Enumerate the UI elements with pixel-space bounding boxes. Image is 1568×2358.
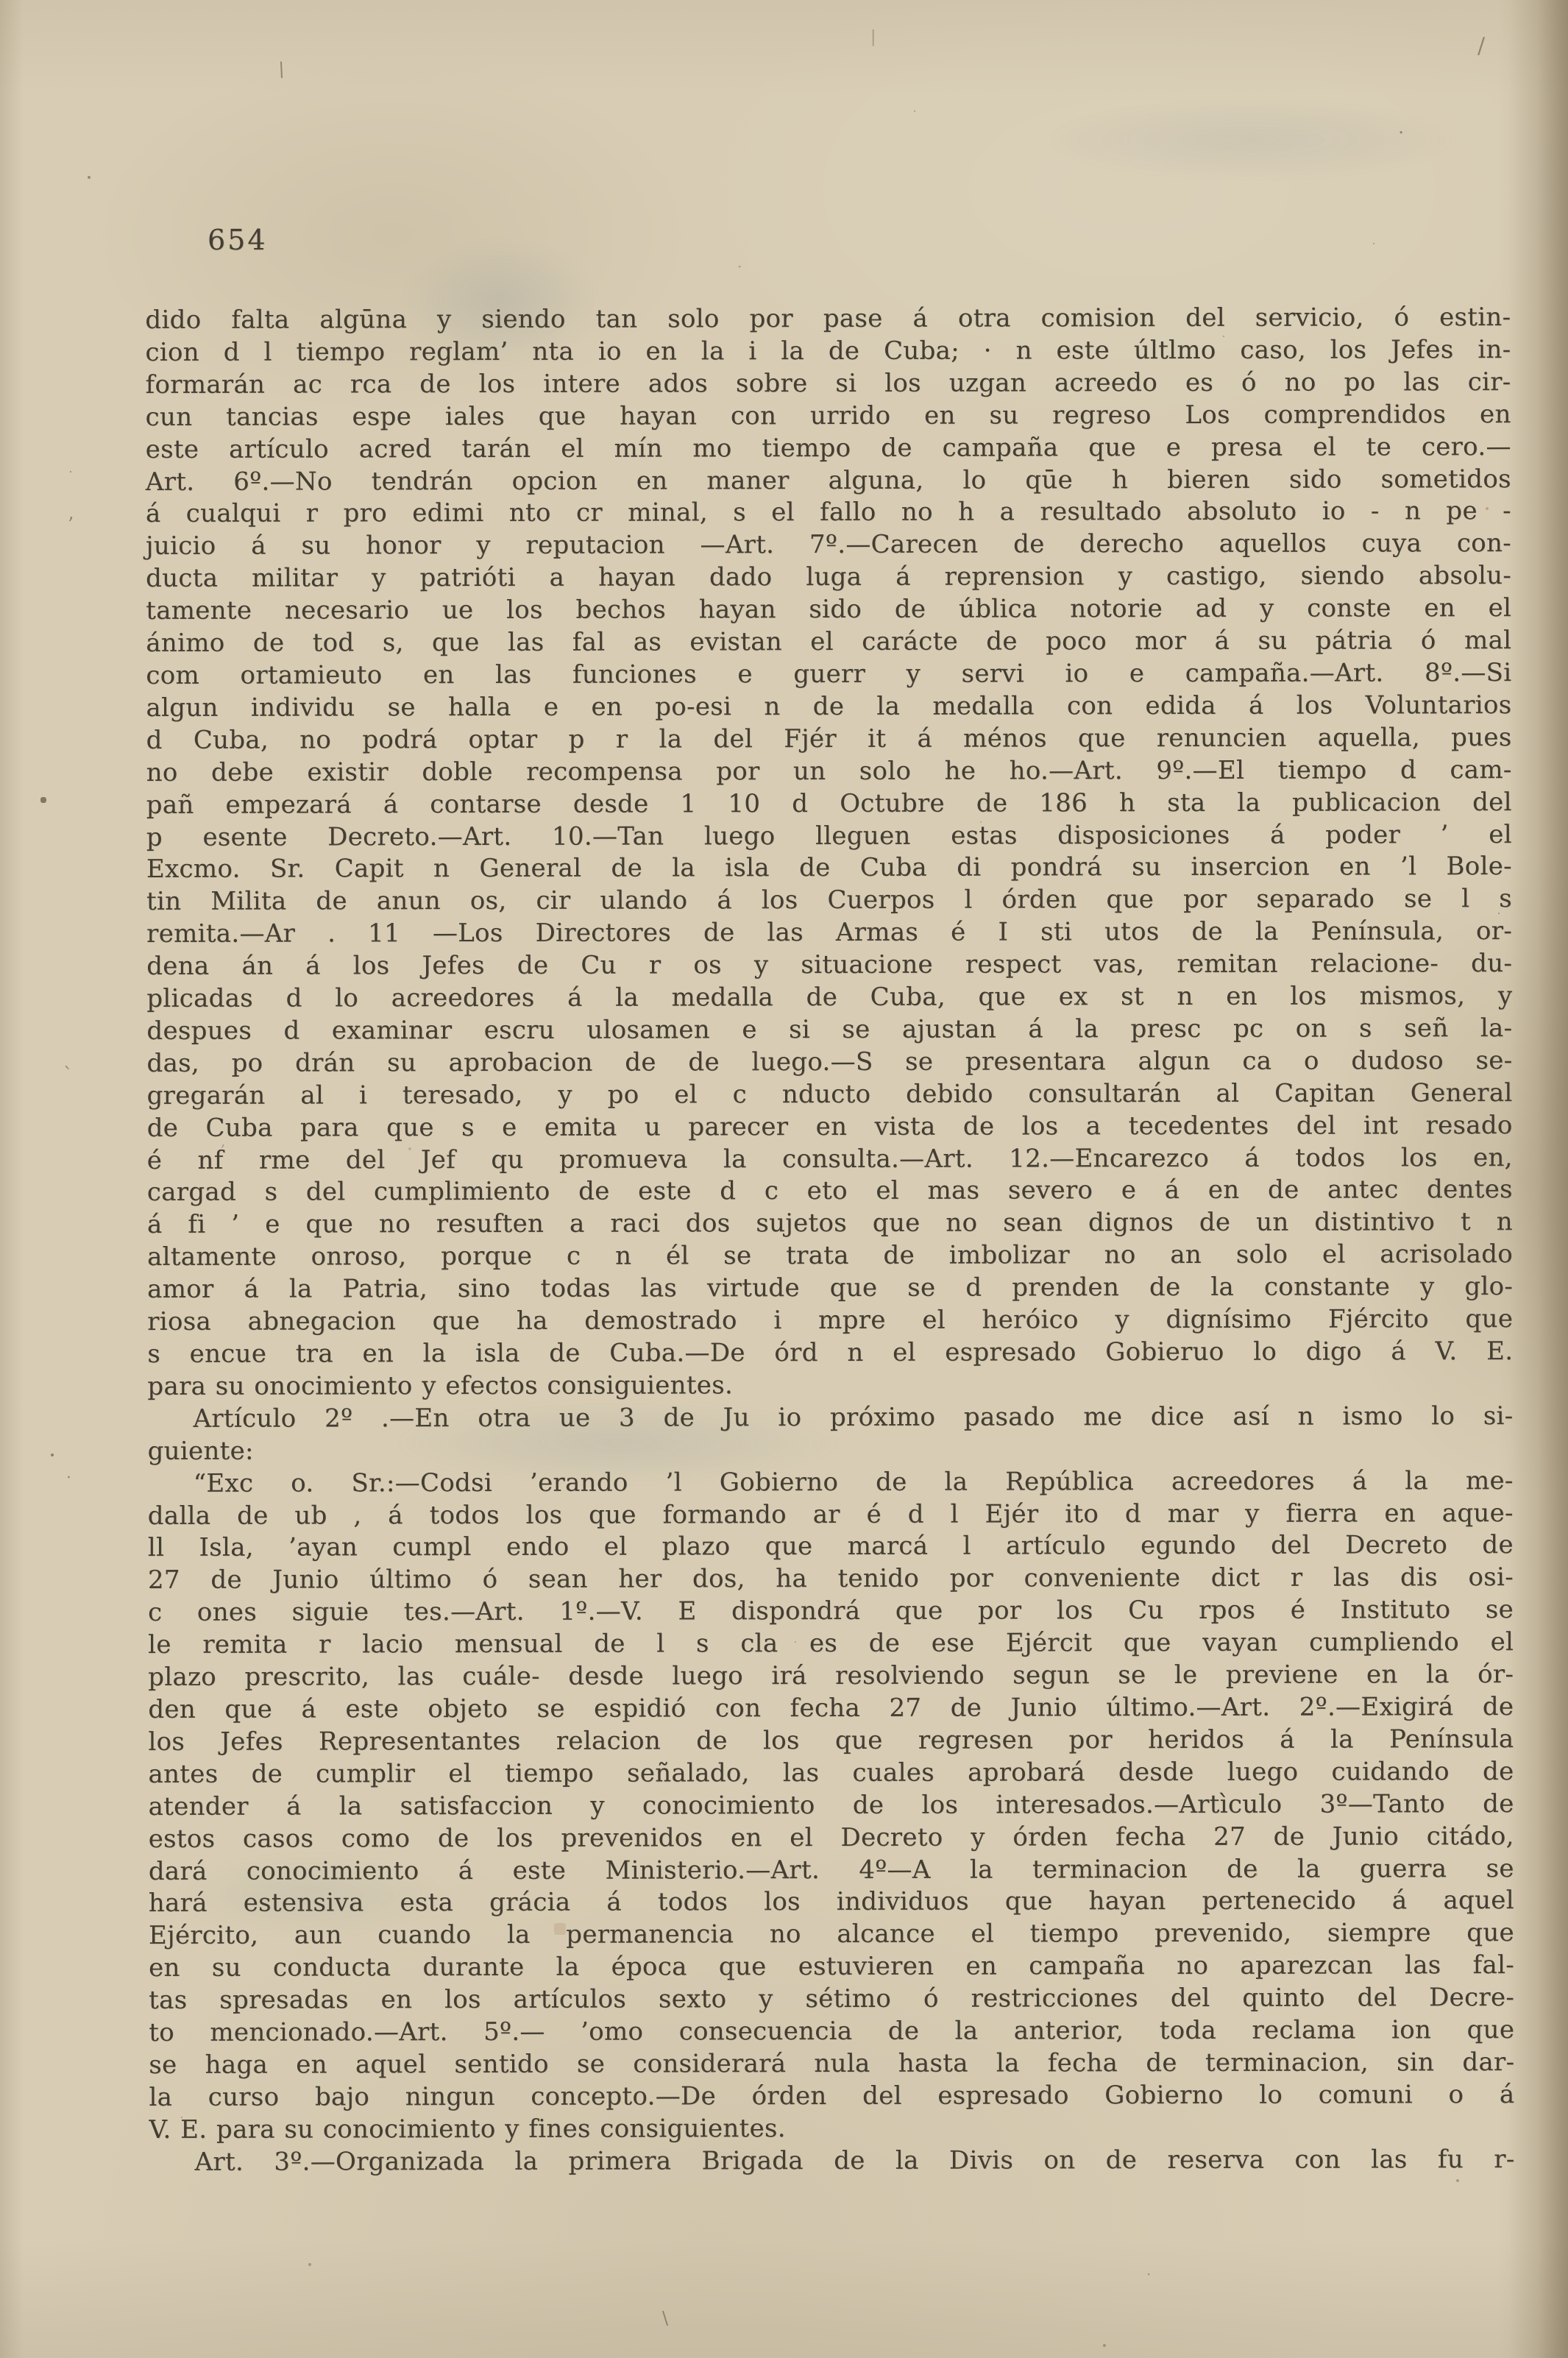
text-line: Art. 6º.—No tendrán opcion en maner algu…: [146, 464, 1511, 499]
text-line: Artículo 2º .—En otra ue 3 de Ju io próx…: [147, 1401, 1513, 1436]
text-line: despues d examinar escru ulosamen e si s…: [146, 1013, 1512, 1048]
text-line: c ones siguie tes.—Art. 1º.—V. E dispond…: [148, 1594, 1514, 1629]
text-line: ánimo de tod s, que las fal as evistan e…: [146, 625, 1511, 660]
text-line: dará conocimiento á este Ministerio.—Art…: [149, 1853, 1514, 1888]
text-line: no debe existir doble recompensa por un …: [146, 754, 1512, 790]
ink-specks: [0, 0, 1, 1]
stray-ink-mark: `: [63, 1066, 73, 1085]
text-line: formarán ac rca de los intere ados sobre…: [146, 367, 1511, 402]
text-line: plicadas d lo acreedores á la medalla de…: [146, 980, 1512, 1016]
stray-ink-mark: ·: [1146, 2267, 1151, 2281]
text-line: Art. 3º.—Organizada la primera Brigada d…: [149, 2144, 1515, 2179]
stray-ink-mark: ·: [66, 1470, 71, 1487]
text-line: ll Isla, ’ayan cumpl endo el plazo que m…: [148, 1529, 1514, 1565]
text-line: de Cuba para que s e emita u parecer en …: [147, 1110, 1513, 1145]
text-line: riosa abnegacion que ha demostrado i mpr…: [147, 1303, 1513, 1339]
text-line: se haga en aquel sentido se considerará …: [149, 2047, 1514, 2082]
text-line: Ejército, aun cuando la permanencia no a…: [149, 1917, 1514, 1952]
text-line: atender á la satisfaccion y conocimiento…: [149, 1788, 1514, 1824]
text-line: algun individu se halla e en po-esi n de…: [146, 690, 1511, 725]
text-line: á fi ’ e que no resuften a raci dos suje…: [147, 1206, 1513, 1242]
text-line: la curso bajo ningun concepto.—De órden …: [149, 2079, 1514, 2114]
stray-ink-mark: /: [1477, 35, 1485, 57]
text-line: antes de cumplir el tiempo señalado, las…: [148, 1756, 1514, 1791]
stray-ink-mark: ·: [737, 259, 742, 274]
stray-ink-mark: ,: [221, 1133, 225, 1148]
stray-ink-mark: \: [276, 60, 287, 79]
text-line: en su conducta durante la época que estu…: [149, 1950, 1514, 1985]
text-line: cargad s del cumplimiento de este d c et…: [147, 1175, 1513, 1210]
page-container: 654 dido falta algūna y siendo tan solo …: [0, 0, 1568, 2358]
text-line: Excmo. Sr. Capit n General de la isla de…: [146, 851, 1512, 886]
text-line: 27 de Junio último ó sean her dos, ha te…: [148, 1562, 1514, 1597]
text-line: d Cuba, no podrá optar p r la del Fjér i…: [146, 722, 1512, 757]
stray-ink-mark: ·: [1398, 124, 1404, 143]
text-line: remita.—Ar . 11 —Los Directores de las A…: [146, 916, 1512, 951]
text-line: das, po drán su aprobacion de de luego.—…: [146, 1045, 1512, 1080]
page-number: 654: [207, 224, 268, 256]
stray-ink-mark: \: [662, 2309, 668, 2327]
text-line: este artículo acred tarán el mín mo tiem…: [146, 431, 1511, 467]
text-line: V. E. para su conocimiento y fines consi…: [149, 2111, 1514, 2147]
text-line: altamente onroso, porque c n él se trata…: [147, 1239, 1513, 1274]
text-line: s encue tra en la isla de Cuba.—De órd n…: [147, 1336, 1513, 1371]
text-line: juicio á su honor y reputacion —Art. 7º.…: [146, 528, 1511, 563]
text-line: tas spresadas en los artículos sexto y s…: [149, 1982, 1514, 2017]
text-line: com ortamieuto en las funciones e guerr …: [146, 657, 1511, 693]
text-line: to mencionado.—Art. 5º.— ’omo consecuenc…: [149, 2014, 1514, 2050]
text-line: para su onocimiento y efectos consiguien…: [147, 1368, 1513, 1403]
text-line: tamente necesario ue los bechos hayan si…: [146, 592, 1511, 628]
text-line: dido falta algūna y siendo tan solo por …: [145, 302, 1511, 337]
text-line: cion d l tiempo reglam’ nta io en la i l…: [145, 334, 1511, 369]
showthrough-smudge: [1052, 103, 1450, 177]
stray-ink-mark: |: [870, 29, 876, 46]
page-text: dido falta algūna y siendo tan solo por …: [145, 302, 1514, 2178]
text-line: “Exc o. Sr.:—Codsi ’erando ’l Gobierno d…: [148, 1465, 1514, 1501]
text-line: los Jefes Representantes relacion de los…: [148, 1724, 1514, 1759]
text-line: pañ empezará á contarse desde 1 10 d Oct…: [146, 787, 1512, 822]
stray-ink-mark: ’: [68, 515, 74, 534]
text-line: den que á este objeto se espidió con fec…: [148, 1691, 1514, 1727]
page-edge-shading: [1509, 0, 1568, 2358]
text-line: le remita r lacio mensual de l s cla es …: [148, 1626, 1514, 1662]
text-line: cun tancias espe iales que hayan con urr…: [146, 399, 1511, 434]
text-line: plazo prescrito, las cuále- desde luego …: [148, 1659, 1514, 1694]
text-line: gregarán al i teresado, y po el c nducto…: [147, 1077, 1513, 1113]
text-line: tin Milita de anun os, cir ulando á los …: [146, 883, 1512, 918]
text-line: á cualqui r pro edimi nto cr minal, s el…: [146, 495, 1511, 531]
text-line: dalla de ub , á todos los que formando a…: [148, 1498, 1514, 1533]
text-line: amor á la Patria, sino todas las virtude…: [147, 1271, 1513, 1306]
text-line: ducta militar y patrióti a hayan dado lu…: [146, 560, 1511, 595]
text-line: guiente:: [148, 1433, 1514, 1468]
text-line: é nf rme del Jef qu promueva la consulta…: [147, 1142, 1513, 1178]
text-line: p esente Decreto.—Art. 10.—Tan luego lle…: [146, 819, 1512, 854]
text-line: estos casos como de los prevenidos en el…: [149, 1821, 1514, 1856]
text-line: dena án á los Jefes de Cu r os y situaci…: [146, 948, 1512, 983]
text-line: hará estensiva esta grácia á todos los i…: [149, 1885, 1514, 1920]
